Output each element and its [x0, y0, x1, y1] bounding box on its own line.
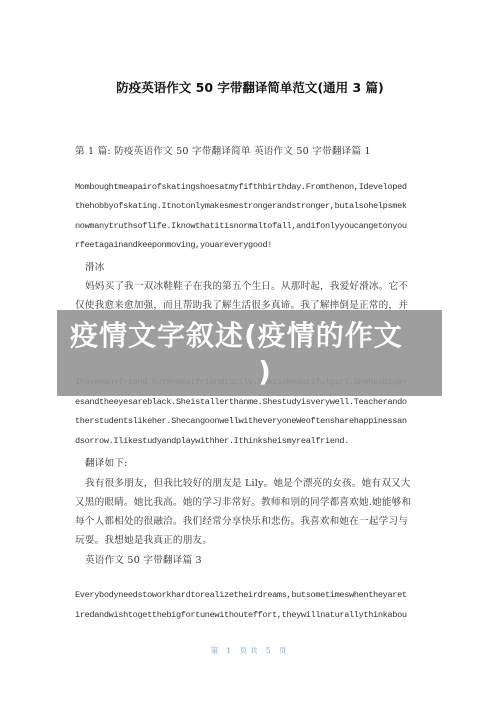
overlay-title-end: ) — [70, 354, 450, 390]
essay-1-english-line: nowmanytruthsoflife.Iknowthatitisnormalt… — [75, 221, 407, 231]
overlay-title-main: 疫情文字叙述(疫情的作文 — [70, 319, 403, 352]
essay-2-chinese-line: 我有很多朋友，但我比较好的朋友是 Lily。她是个漂亮的女孩。她有双又大 — [85, 475, 411, 489]
essay-2-chinese-line: 每个人都相处的很融洽。我们经常分享快乐和悲伤。我喜欢和她在一起学习与 — [75, 513, 408, 527]
section-1-heading: 第 1 篇: 防疫英语作文 50 字带翻译简单 英语作文 50 字带翻译篇 1 — [75, 143, 371, 157]
essay-2-chinese-line: 玩耍。我想她是我真正的朋友。 — [75, 532, 212, 546]
overlay-title: 疫情文字叙述(疫情的作文 ) — [70, 318, 450, 390]
essay-2-english-line: esandtheeyesareblack.Sheistallerthanme.S… — [75, 397, 407, 407]
page-indicator: 第 1 页共 5 页 — [0, 645, 500, 656]
essay-2-english-line: dsorrow.Ilikestudyandplaywithher.Ithinks… — [75, 436, 349, 446]
document-page: 防疫英语作文 50 字带翻译简单范文(通用 3 篇) 第 1 篇: 防疫英语作文… — [0, 0, 500, 706]
essay-3-english-line: iredandwishtogetthebigfortunewithouteffo… — [75, 610, 407, 620]
essay-1-chinese-line: 仅使我愈来愈加强，而且帮助我了解生活很多真谛。我了解摔倒是正常的，并 — [75, 297, 408, 311]
essay-2-english-line: therstudentslikeher.Shecangoonwellwithev… — [75, 416, 407, 426]
essay-1-english-line: thehobbyofskating.Itnotonlymakesmestrong… — [75, 201, 407, 211]
section-3-heading: 英语作文 50 字带翻译篇 3 — [85, 552, 202, 566]
essay-1-english-line: Momboughtmeapairofskatingshoesatmyfifthb… — [75, 182, 407, 192]
essay-1-chinese-line: 妈妈买了我一双冰鞋鞋子在我的第五个生日。从那时起，我爱好滑冰。它不 — [85, 278, 408, 292]
essay-1-chinese-title: 滑冰 — [85, 259, 105, 273]
essay-3-english-line: Everybodyneedstoworkhardtorealizetheirdr… — [75, 590, 407, 600]
essay-2-chinese-line: 又黑的眼睛。她比我高。她的学习非常好。教师和别的同学都喜欢她.她能够和 — [75, 494, 411, 508]
document-title: 防疫英语作文 50 字带翻译简单范文(通用 3 篇) — [0, 78, 500, 96]
translation-label: 翻译如下: — [85, 455, 128, 469]
essay-1-english-line: rfeetagainandkeeponmoving,youareverygood… — [75, 240, 272, 250]
